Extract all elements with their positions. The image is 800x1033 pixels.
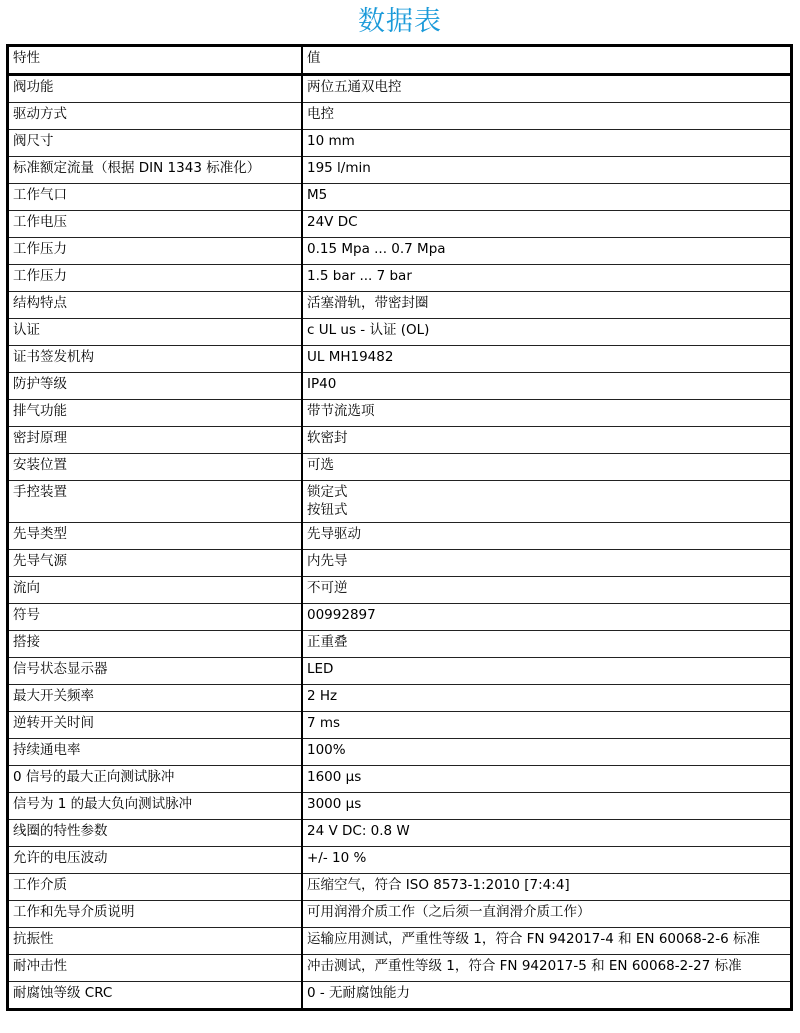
- table-row: 阀尺寸10 mm: [8, 130, 792, 157]
- table-row: 结构特点活塞滑轨，带密封圈: [8, 292, 792, 319]
- property-value: 活塞滑轨，带密封圈: [302, 292, 792, 319]
- property-name: 搭接: [8, 631, 303, 658]
- table-row: 先导气源内先导: [8, 550, 792, 577]
- property-value: 不可逆: [302, 577, 792, 604]
- table-row: 手控装置锁定式按钮式: [8, 481, 792, 523]
- table-row: 防护等级IP40: [8, 373, 792, 400]
- property-name: 符号: [8, 604, 303, 631]
- property-name: 认证: [8, 319, 303, 346]
- table-row: 符号00992897: [8, 604, 792, 631]
- header-key: 特性: [8, 46, 303, 75]
- property-name: 手控装置: [8, 481, 303, 523]
- header-value: 值: [302, 46, 792, 75]
- table-row: 最大开关频率2 Hz: [8, 685, 792, 712]
- property-value: 7 ms: [302, 712, 792, 739]
- page-title: 数据表: [0, 4, 800, 40]
- property-name: 流向: [8, 577, 303, 604]
- property-name: 密封原理: [8, 427, 303, 454]
- property-name: 结构特点: [8, 292, 303, 319]
- property-name: 允许的电压波动: [8, 847, 303, 874]
- table-row: 流向不可逆: [8, 577, 792, 604]
- property-name: 防护等级: [8, 373, 303, 400]
- property-value: c UL us - 认证 (OL): [302, 319, 792, 346]
- property-value: 3000 μs: [302, 793, 792, 820]
- property-value: 电控: [302, 103, 792, 130]
- property-value: UL MH19482: [302, 346, 792, 373]
- table-row: 抗振性运输应用测试，严重性等级 1，符合 FN 942017-4 和 EN 60…: [8, 928, 792, 955]
- table-row: 线圈的特性参数24 V DC: 0.8 W: [8, 820, 792, 847]
- property-name: 最大开关频率: [8, 685, 303, 712]
- property-name: 持续通电率: [8, 739, 303, 766]
- property-name: 线圈的特性参数: [8, 820, 303, 847]
- property-name: 阀尺寸: [8, 130, 303, 157]
- property-value: 带节流选项: [302, 400, 792, 427]
- property-name: 逆转开关时间: [8, 712, 303, 739]
- property-name: 阀功能: [8, 75, 303, 103]
- property-name: 驱动方式: [8, 103, 303, 130]
- property-value: 运输应用测试，严重性等级 1，符合 FN 942017-4 和 EN 60068…: [302, 928, 792, 955]
- property-value: 软密封: [302, 427, 792, 454]
- table-row: 排气功能带节流选项: [8, 400, 792, 427]
- property-name: 信号状态显示器: [8, 658, 303, 685]
- table-row: 驱动方式电控: [8, 103, 792, 130]
- property-value: 正重叠: [302, 631, 792, 658]
- property-value: 可选: [302, 454, 792, 481]
- property-value: 100%: [302, 739, 792, 766]
- property-name: 抗振性: [8, 928, 303, 955]
- property-value: 0.15 Mpa ... 0.7 Mpa: [302, 238, 792, 265]
- table-row: 认证c UL us - 认证 (OL): [8, 319, 792, 346]
- table-row: 阀功能两位五通双电控: [8, 75, 792, 103]
- table-row: 密封原理软密封: [8, 427, 792, 454]
- property-value: 10 mm: [302, 130, 792, 157]
- table-row: 允许的电压波动+/- 10 %: [8, 847, 792, 874]
- property-name: 信号为 1 的最大负向测试脉冲: [8, 793, 303, 820]
- table-row: 逆转开关时间7 ms: [8, 712, 792, 739]
- property-value-line: 锁定式: [307, 483, 786, 501]
- table-row: 工作介质压缩空气，符合 ISO 8573-1:2010 [7:4:4]: [8, 874, 792, 901]
- property-value-line: 按钮式: [307, 501, 786, 519]
- table-row: 持续通电率100%: [8, 739, 792, 766]
- property-value: M5: [302, 184, 792, 211]
- property-value: IP40: [302, 373, 792, 400]
- property-value: 冲击测试，严重性等级 1，符合 FN 942017-5 和 EN 60068-2…: [302, 955, 792, 982]
- property-name: 工作和先导介质说明: [8, 901, 303, 928]
- table-row: 信号状态显示器LED: [8, 658, 792, 685]
- property-value: 24 V DC: 0.8 W: [302, 820, 792, 847]
- table-row: 0 信号的最大正向测试脉冲1600 μs: [8, 766, 792, 793]
- property-name: 工作气口: [8, 184, 303, 211]
- property-name: 先导气源: [8, 550, 303, 577]
- property-name: 0 信号的最大正向测试脉冲: [8, 766, 303, 793]
- property-value: +/- 10 %: [302, 847, 792, 874]
- property-value: 195 l/min: [302, 157, 792, 184]
- table-row: 先导类型先导驱动: [8, 523, 792, 550]
- property-value: 内先导: [302, 550, 792, 577]
- table-row: 标准额定流量（根据 DIN 1343 标准化）195 l/min: [8, 157, 792, 184]
- property-value: 两位五通双电控: [302, 75, 792, 103]
- property-name: 标准额定流量（根据 DIN 1343 标准化）: [8, 157, 303, 184]
- datasheet-table: 特性 值 阀功能两位五通双电控驱动方式电控阀尺寸10 mm标准额定流量（根据 D…: [6, 44, 793, 1011]
- table-row: 工作气口M5: [8, 184, 792, 211]
- property-name: 耐冲击性: [8, 955, 303, 982]
- property-value: 1600 μs: [302, 766, 792, 793]
- property-value: LED: [302, 658, 792, 685]
- table-row: 工作压力0.15 Mpa ... 0.7 Mpa: [8, 238, 792, 265]
- property-value: 可用润滑介质工作（之后须一直润滑介质工作）: [302, 901, 792, 928]
- table-row: 耐冲击性冲击测试，严重性等级 1，符合 FN 942017-5 和 EN 600…: [8, 955, 792, 982]
- property-name: 证书签发机构: [8, 346, 303, 373]
- table-row: 搭接正重叠: [8, 631, 792, 658]
- table-header-row: 特性 值: [8, 46, 792, 75]
- property-value: 2 Hz: [302, 685, 792, 712]
- property-value: 锁定式按钮式: [302, 481, 792, 523]
- table-row: 信号为 1 的最大负向测试脉冲3000 μs: [8, 793, 792, 820]
- table-row: 工作电压24V DC: [8, 211, 792, 238]
- property-name: 耐腐蚀等级 CRC: [8, 982, 303, 1010]
- table-row: 证书签发机构UL MH19482: [8, 346, 792, 373]
- property-value: 压缩空气，符合 ISO 8573-1:2010 [7:4:4]: [302, 874, 792, 901]
- table-row: 工作压力1.5 bar ... 7 bar: [8, 265, 792, 292]
- property-name: 工作压力: [8, 265, 303, 292]
- table-row: 工作和先导介质说明可用润滑介质工作（之后须一直润滑介质工作）: [8, 901, 792, 928]
- property-value: 先导驱动: [302, 523, 792, 550]
- property-name: 工作压力: [8, 238, 303, 265]
- property-name: 工作介质: [8, 874, 303, 901]
- property-name: 排气功能: [8, 400, 303, 427]
- table-row: 耐腐蚀等级 CRC0 - 无耐腐蚀能力: [8, 982, 792, 1010]
- property-value: 00992897: [302, 604, 792, 631]
- property-value: 0 - 无耐腐蚀能力: [302, 982, 792, 1010]
- property-name: 先导类型: [8, 523, 303, 550]
- table-row: 安装位置可选: [8, 454, 792, 481]
- property-value: 24V DC: [302, 211, 792, 238]
- property-name: 安装位置: [8, 454, 303, 481]
- property-name: 工作电压: [8, 211, 303, 238]
- property-value: 1.5 bar ... 7 bar: [302, 265, 792, 292]
